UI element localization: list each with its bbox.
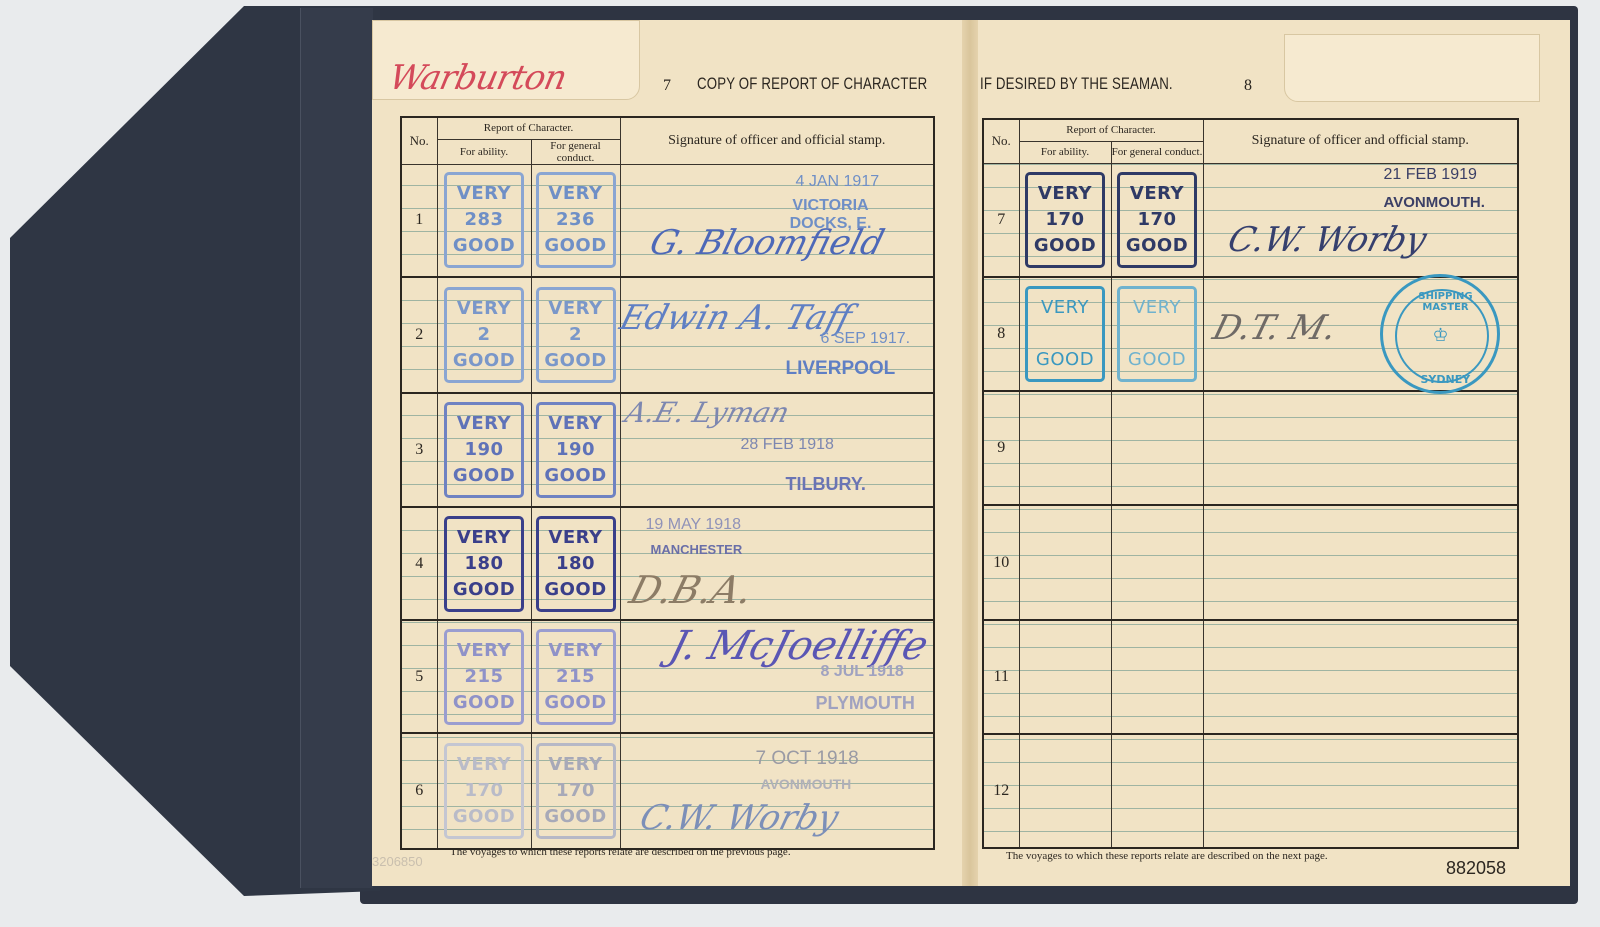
signature-cell (1203, 391, 1518, 505)
right-page-footer: The voyages to which these reports relat… (1006, 850, 1328, 862)
row-number: 7 (983, 163, 1019, 277)
officer-signature: A.E. Lyman (621, 396, 792, 429)
row-number: 10 (983, 505, 1019, 620)
date-stamp: 8 JUL 1918 (821, 663, 904, 681)
ability-stamp: VERY180GOOD (444, 516, 524, 612)
round-stamp-top-text: SHIPPING MASTER (1395, 291, 1497, 313)
date-stamp: 28 FEB 1918 (741, 436, 834, 454)
conduct-stamp: VERY2GOOD (536, 287, 616, 383)
date-stamp: 4 JAN 1917 (796, 173, 880, 191)
left-page-number: 7 (663, 77, 671, 95)
ability-stamp: VERY190GOOD (444, 402, 524, 498)
header-report-of-character: Report of Character. (1019, 119, 1203, 141)
row-number: 9 (983, 391, 1019, 505)
ability-stamp: VERY GOOD (1025, 286, 1105, 382)
date-stamp: 7 OCT 1918 (756, 748, 859, 770)
ability-cell (1019, 391, 1111, 505)
officer-signature: C.W. Worby (635, 798, 842, 838)
report-row: 10 (983, 505, 1518, 620)
signature-cell: 4 JAN 1917 VICTORIA DOCKS, E. G. Bloomfi… (620, 164, 934, 277)
ability-stamp: VERY215GOOD (444, 629, 524, 725)
left-page-footer: The voyages to which these reports relat… (450, 846, 791, 858)
conduct-stamp: VERY215GOOD (536, 629, 616, 725)
row-number: 4 (401, 507, 437, 620)
report-row: 2 VERY2GOOD VERY2GOOD Edwin A. Taff 6 SE… (401, 277, 934, 393)
signature-cell: 19 MAY 1918 MANCHESTER D.B.A. (620, 507, 934, 620)
report-row: 3 VERY190GOOD VERY190GOOD A.E. Lyman 28 … (401, 393, 934, 507)
row-number: 5 (401, 620, 437, 733)
signature-cell (1203, 620, 1518, 734)
place-stamp: PLYMOUTH (816, 693, 915, 714)
header-no: No. (401, 117, 437, 164)
header-for-ability: For ability. (1019, 141, 1111, 163)
page-gutter (962, 20, 978, 886)
signature-cell (1203, 505, 1518, 620)
index-tab-right (1284, 34, 1540, 102)
round-stamp-bottom-text: SYDNEY (1421, 373, 1471, 386)
row-number: 8 (983, 277, 1019, 391)
row-number: 12 (983, 734, 1019, 848)
left-page-title: COPY OF REPORT OF CHARACTER (697, 74, 927, 94)
ability-cell (1019, 505, 1111, 620)
report-row: 1 VERY283GOOD VERY236GOOD 4 JAN 1917 VIC… (401, 164, 934, 277)
conduct-stamp: VERY170GOOD (536, 743, 616, 839)
character-report-table-right: No. Report of Character. Signature of of… (982, 118, 1519, 849)
conduct-cell (1111, 620, 1203, 734)
place-stamp: AVONMOUTH. (1384, 194, 1485, 211)
report-row: 12 (983, 734, 1518, 848)
header-for-general-conduct: For general conduct. (1111, 141, 1203, 163)
place-stamp: LIVERPOOL (786, 358, 896, 380)
report-row: 6 VERY170GOOD VERY170GOOD 7 OCT 1918 AVO… (401, 733, 934, 849)
header-signature: Signature of officer and official stamp. (620, 117, 934, 164)
signature-cell: A.E. Lyman 28 FEB 1918 TILBURY. (620, 393, 934, 507)
conduct-stamp: VERY GOOD (1117, 286, 1197, 382)
report-row: 5 VERY215GOOD VERY215GOOD J. McJoelliffe… (401, 620, 934, 733)
ability-cell (1019, 734, 1111, 848)
place-stamp: MANCHESTER (651, 542, 743, 557)
place-stamp: AVONMOUTH (761, 776, 852, 792)
header-report-of-character: Report of Character. (437, 117, 620, 139)
signature-cell: 7 OCT 1918 AVONMOUTH C.W. Worby (620, 733, 934, 849)
signature-cell: D.T. M. SHIPPING MASTER SYDNEY ♔ (1203, 277, 1518, 391)
officer-signature: C.W. Worby (1223, 220, 1430, 260)
right-page-title: IF DESIRED BY THE SEAMAN. (980, 74, 1173, 94)
ability-stamp: VERY170GOOD (444, 743, 524, 839)
conduct-cell (1111, 505, 1203, 620)
crown-icon: ♔ (1433, 325, 1449, 346)
conduct-stamp: VERY170GOOD (1117, 172, 1197, 268)
row-number: 6 (401, 733, 437, 849)
date-stamp: 6 SEP 1917. (821, 330, 911, 348)
signature-cell: Edwin A. Taff 6 SEP 1917. LIVERPOOL (620, 277, 934, 393)
officer-signature: D.T. M. (1208, 308, 1340, 348)
date-stamp: 19 MAY 1918 (646, 516, 741, 534)
character-report-table-left: No. Report of Character. Signature of of… (400, 116, 935, 850)
header-no: No. (983, 119, 1019, 163)
report-row: 7 VERY170GOOD VERY170GOOD 21 FEB 1919 AV… (983, 163, 1518, 277)
row-number: 11 (983, 620, 1019, 734)
conduct-stamp: VERY236GOOD (536, 172, 616, 268)
ability-stamp: VERY2GOOD (444, 287, 524, 383)
conduct-stamp: VERY180GOOD (536, 516, 616, 612)
conduct-cell (1111, 391, 1203, 505)
conduct-cell (1111, 734, 1203, 848)
ability-stamp: VERY283GOOD (444, 172, 524, 268)
row-number: 2 (401, 277, 437, 393)
ability-stamp: VERY170GOOD (1025, 172, 1105, 268)
signature-cell: 21 FEB 1919 AVONMOUTH. C.W. Worby (1203, 163, 1518, 277)
place-stamp: TILBURY. (786, 474, 866, 495)
shipping-master-round-stamp: SHIPPING MASTER SYDNEY ♔ (1380, 274, 1500, 394)
signature-cell: J. McJoelliffe 8 JUL 1918 PLYMOUTH (620, 620, 934, 733)
row-number: 1 (401, 164, 437, 277)
officer-signature: D.B.A. (625, 568, 758, 612)
header-for-ability: For ability. (437, 139, 531, 164)
row-number: 3 (401, 393, 437, 507)
signature-cell (1203, 734, 1518, 848)
serial-number: 882058 (1446, 858, 1506, 879)
report-row: 8 VERY GOOD VERY GOOD D.T. M. SHIPPING M… (983, 277, 1518, 391)
ability-cell (1019, 620, 1111, 734)
name-annotation: Warburton (386, 58, 570, 98)
date-stamp: 21 FEB 1919 (1384, 166, 1477, 184)
header-signature: Signature of officer and official stamp. (1203, 119, 1518, 163)
report-row: 11 (983, 620, 1518, 734)
book-spine (300, 8, 373, 888)
report-row: 9 (983, 391, 1518, 505)
faint-stamp-number: 3206850 (372, 854, 423, 869)
conduct-stamp: VERY190GOOD (536, 402, 616, 498)
officer-signature: G. Bloomfield (645, 223, 888, 263)
report-row: 4 VERY180GOOD VERY180GOOD 19 MAY 1918 MA… (401, 507, 934, 620)
header-for-general-conduct: For general conduct. (531, 139, 620, 164)
right-page-number: 8 (1244, 77, 1252, 95)
